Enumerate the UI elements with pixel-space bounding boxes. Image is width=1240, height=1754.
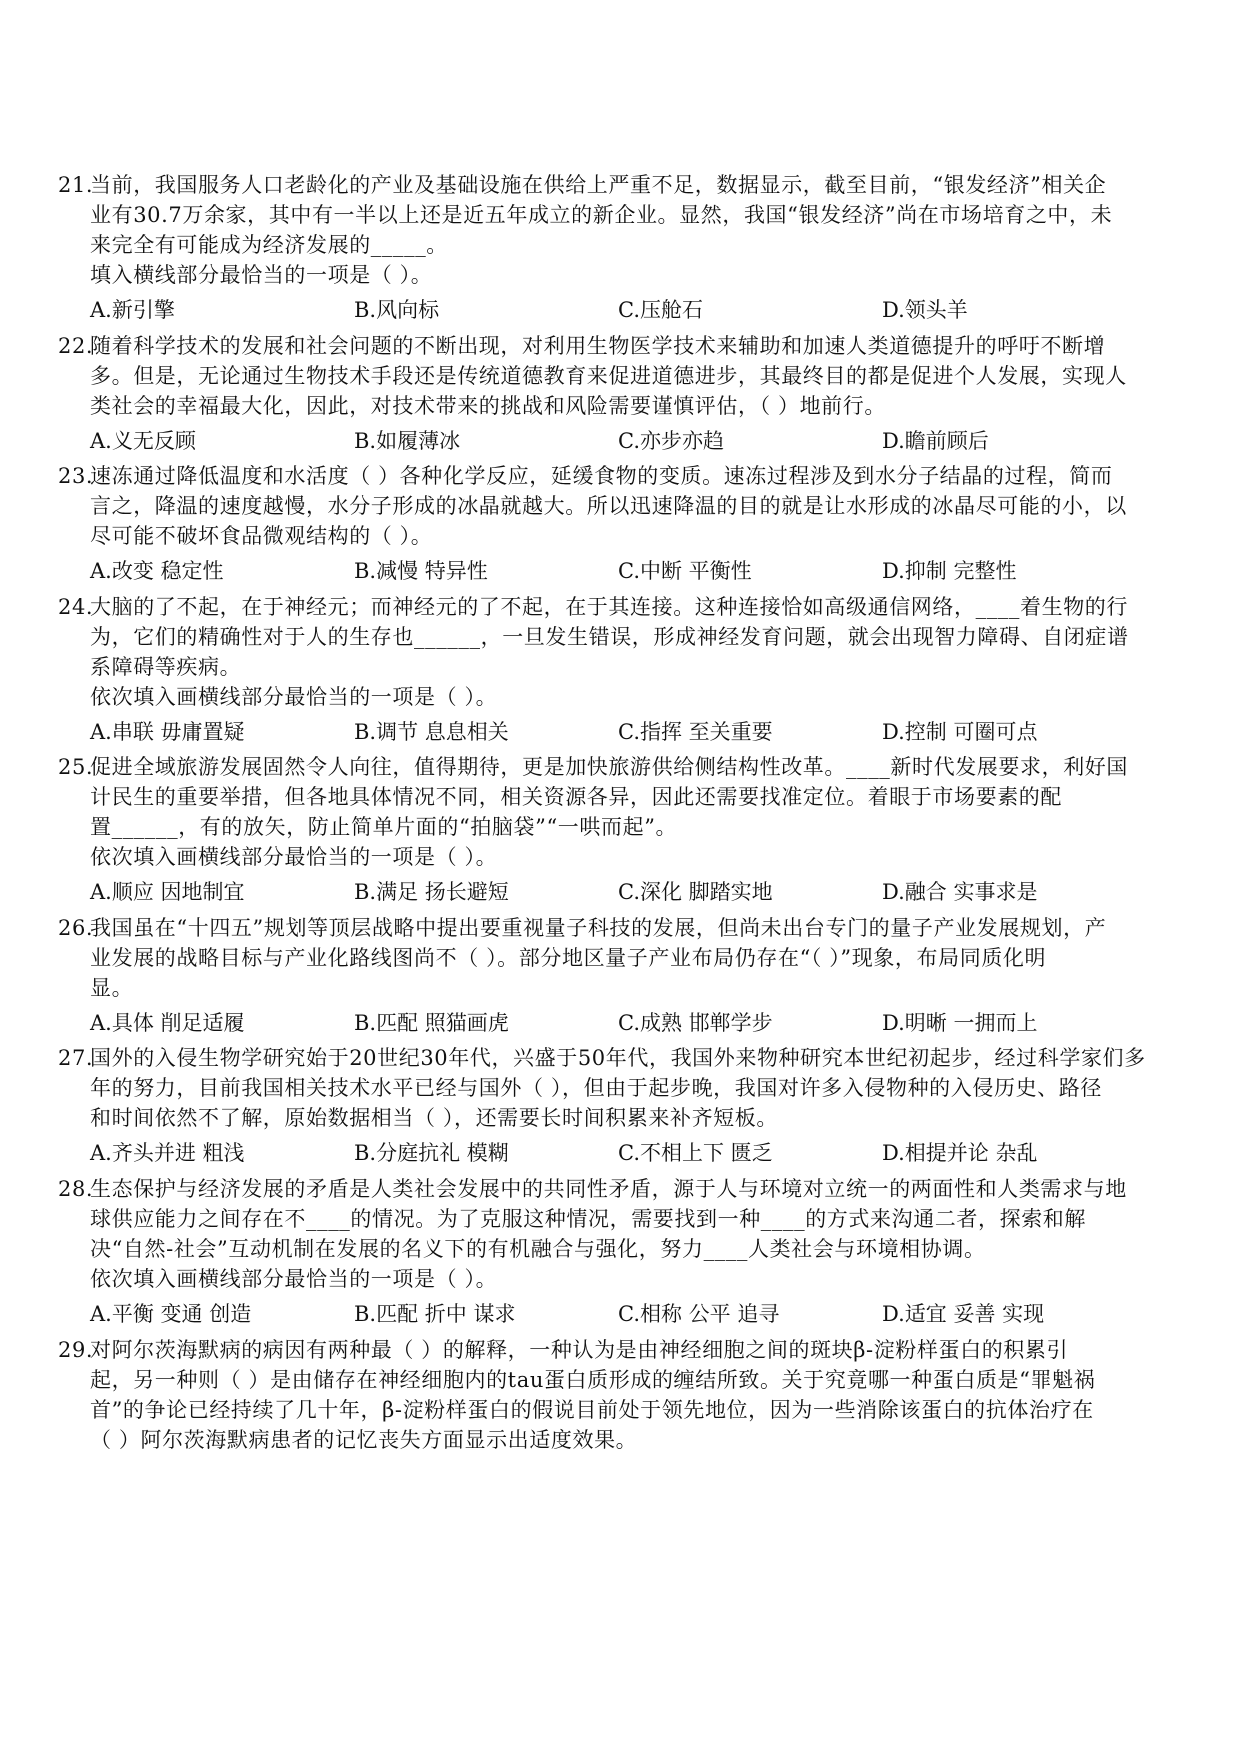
option-d: D.控制 可圈可点 bbox=[882, 717, 1037, 747]
option-d: D.领头羊 bbox=[882, 295, 968, 325]
question-number: 21. bbox=[58, 170, 93, 200]
question-text-line: 国外的入侵生物学研究始于20世纪30年代，兴盛于50年代，我国外来物种研究本世纪… bbox=[90, 1043, 1146, 1073]
question-number: 27. bbox=[58, 1043, 93, 1073]
question-text-line: 首”的争论已经持续了几十年，β-淀粉样蛋白的假说目前处于领先地位，因为一些消除该… bbox=[90, 1395, 1094, 1425]
question-text-line: 速冻通过降低温度和水活度（ ）各种化学反应，延缓食物的变质。速冻过程涉及到水分子… bbox=[90, 461, 1112, 491]
question-prompt: 填入横线部分最恰当的一项是（ ）。 bbox=[90, 260, 432, 290]
option-c: C.成熟 邯郸学步 bbox=[618, 1008, 773, 1038]
option-b: B.风向标 bbox=[354, 295, 439, 325]
question-text-line: 对阿尔茨海默病的病因有两种最（ ）的解释，一种认为是由神经细胞之间的斑块β-淀粉… bbox=[90, 1335, 1068, 1365]
question-text-line: 生态保护与经济发展的矛盾是人类社会发展中的共同性矛盾，源于人与环境对立统一的两面… bbox=[90, 1174, 1127, 1204]
option-a: A.改变 稳定性 bbox=[90, 556, 224, 586]
question-prompt: 依次填入画横线部分最恰当的一项是（ ）。 bbox=[90, 682, 497, 712]
question-text-line: 来完全有可能成为经济发展的_____。 bbox=[90, 230, 448, 260]
question-number: 23. bbox=[58, 461, 93, 491]
option-b: B.匹配 折中 谋求 bbox=[354, 1299, 515, 1329]
option-b: B.分庭抗礼 模糊 bbox=[354, 1138, 509, 1168]
question-text-line: 大脑的了不起，在于神经元；而神经元的了不起，在于其连接。这种连接恰如高级通信网络… bbox=[90, 592, 1128, 622]
option-d: D.抑制 完整性 bbox=[882, 556, 1016, 586]
question-text-line: 显。 bbox=[90, 973, 133, 1003]
option-a: A.新引擎 bbox=[90, 295, 175, 325]
question-text-line: 随着科学技术的发展和社会问题的不断出现，对利用生物医学技术来辅助和加速人类道德提… bbox=[90, 331, 1105, 361]
option-d: D.瞻前顾后 bbox=[882, 426, 989, 456]
question-text-line: 年的努力，目前我国相关技术水平已经与国外（ ），但由于起步晚，我国对许多入侵物种… bbox=[90, 1073, 1102, 1103]
question-text-line: 起，另一种则（ ）是由储存在神经细胞内的tau蛋白质形成的缠结所致。关于究竟哪一… bbox=[90, 1365, 1095, 1395]
option-b: B.满足 扬长避短 bbox=[354, 877, 509, 907]
option-a: A.串联 毋庸置疑 bbox=[90, 717, 245, 747]
question-number: 25. bbox=[58, 752, 93, 782]
question-text-line: 促进全域旅游发展固然令人向往，值得期待，更是加快旅游供给侧结构性改革。____新… bbox=[90, 752, 1128, 782]
question-text-line: 系障碍等疾病。 bbox=[90, 652, 241, 682]
question-number: 24. bbox=[58, 592, 93, 622]
question-text-line: 我国虽在“十四五”规划等顶层战略中提出要重视量子科技的发展，但尚未出台专门的量子… bbox=[90, 913, 1106, 943]
option-d: D.适宜 妥善 实现 bbox=[882, 1299, 1044, 1329]
option-a: A.齐头并进 粗浅 bbox=[90, 1138, 245, 1168]
question-text-line: （ ）阿尔茨海默病患者的记忆丧失方面显示出适度效果。 bbox=[90, 1425, 637, 1455]
option-a: A.顺应 因地制宜 bbox=[90, 877, 245, 907]
question-text-line: 业发展的战略目标与产业化路线图尚不（ ）。部分地区量子产业布局仍存在“（ ）”现… bbox=[90, 943, 1046, 973]
question-number: 22. bbox=[58, 331, 93, 361]
question-text-line: 决“自然-社会”互动机制在发展的名义下的有机融合与强化，努力____人类社会与环… bbox=[90, 1234, 986, 1264]
question-prompt: 依次填入画横线部分最恰当的一项是（ ）。 bbox=[90, 842, 497, 872]
question-text-line: 尽可能不破坏食品微观结构的（ ）。 bbox=[90, 521, 432, 551]
option-b: B.如履薄冰 bbox=[354, 426, 460, 456]
option-c: C.相称 公平 追寻 bbox=[618, 1299, 779, 1329]
option-a: A.义无反顾 bbox=[90, 426, 196, 456]
question-text-line: 多。但是，无论通过生物技术手段还是传统道德教育来促进道德进步，其最终目的都是促进… bbox=[90, 361, 1127, 391]
option-c: C.深化 脚踏实地 bbox=[618, 877, 773, 907]
question-prompt: 依次填入画横线部分最恰当的一项是（ ）。 bbox=[90, 1264, 497, 1294]
question-text-line: 类社会的幸福最大化，因此，对技术带来的挑战和风险需要谨慎评估，（ ）地前行。 bbox=[90, 391, 886, 421]
question-number: 28. bbox=[58, 1174, 93, 1204]
question-text-line: 置______，有的放矢，防止简单片面的“拍脑袋”“一哄而起”。 bbox=[90, 812, 677, 842]
option-d: D.融合 实事求是 bbox=[882, 877, 1037, 907]
question-text-line: 言之，降温的速度越慢，水分子形成的冰晶就越大。所以迅速降温的目的就是让水形成的冰… bbox=[90, 491, 1127, 521]
option-b: B.匹配 照猫画虎 bbox=[354, 1008, 509, 1038]
question-number: 29. bbox=[58, 1335, 93, 1365]
option-c: C.亦步亦趋 bbox=[618, 426, 724, 456]
question-text-line: 当前，我国服务人口老龄化的产业及基础设施在供给上严重不足，数据显示，截至目前，“… bbox=[90, 170, 1106, 200]
option-d: D.相提并论 杂乱 bbox=[882, 1138, 1037, 1168]
question-text-line: 业有30.7万余家，其中有一半以上还是近五年成立的新企业。显然，我国“银发经济”… bbox=[90, 200, 1112, 230]
option-c: C.压舱石 bbox=[618, 295, 703, 325]
option-b: B.减慢 特异性 bbox=[354, 556, 488, 586]
question-text-line: 计民生的重要举措，但各地具体情况不同，相关资源各异，因此还需要找准定位。着眼于市… bbox=[90, 782, 1062, 812]
question-text-line: 球供应能力之间存在不____的情况。为了克服这种情况，需要找到一种____的方式… bbox=[90, 1204, 1086, 1234]
option-c: C.中断 平衡性 bbox=[618, 556, 752, 586]
exam-page: 21. 当前，我国服务人口老龄化的产业及基础设施在供给上严重不足，数据显示，截至… bbox=[0, 0, 1240, 1754]
option-c: C.指挥 至关重要 bbox=[618, 717, 773, 747]
question-number: 26. bbox=[58, 913, 93, 943]
question-text-line: 和时间依然不了解，原始数据相当（ ），还需要长时间积累来补齐短板。 bbox=[90, 1103, 778, 1133]
option-a: A.平衡 变通 创造 bbox=[90, 1299, 251, 1329]
option-d: D.明晰 一拥而上 bbox=[882, 1008, 1037, 1038]
option-a: A.具体 削足适履 bbox=[90, 1008, 245, 1038]
option-b: B.调节 息息相关 bbox=[354, 717, 509, 747]
question-text-line: 为，它们的精确性对于人的生存也______，一旦发生错误，形成神经发育问题，就会… bbox=[90, 622, 1129, 652]
option-c: C.不相上下 匮乏 bbox=[618, 1138, 773, 1168]
